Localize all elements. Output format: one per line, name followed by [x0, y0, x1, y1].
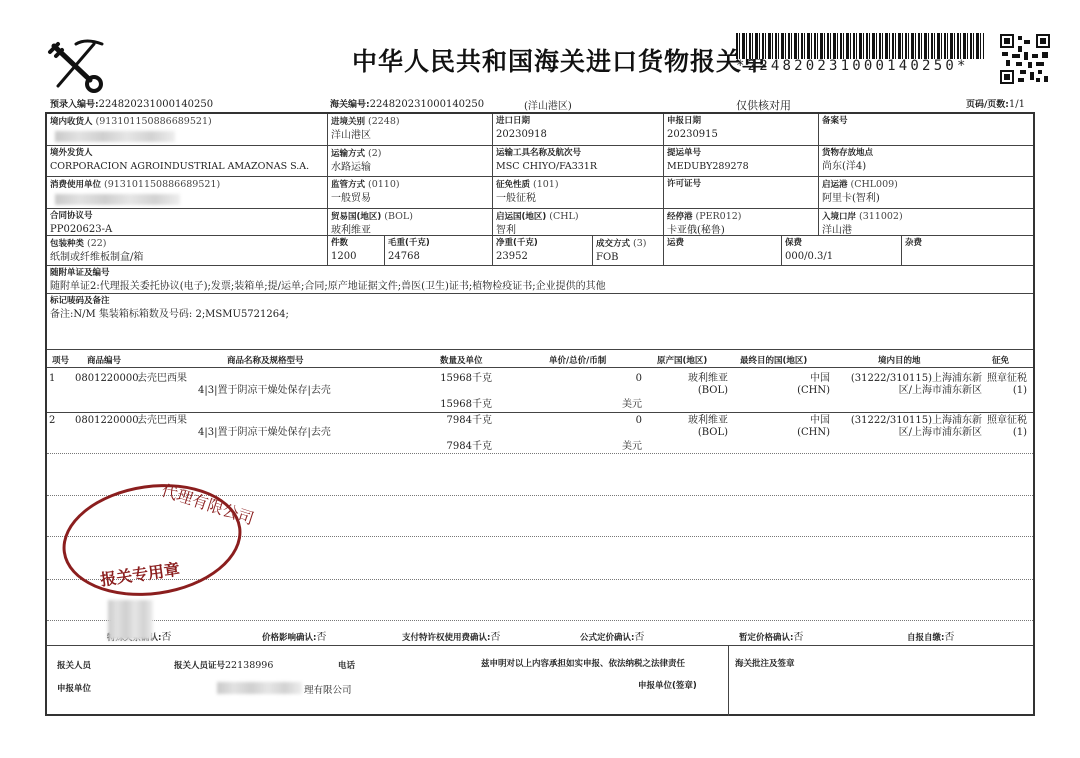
- customs-no: 海关编号:224820231000140250: [330, 97, 484, 110]
- field-net-weight: 净重(千克) 23952: [493, 236, 593, 266]
- declarant: 报关人员: [57, 659, 91, 671]
- field-storage: 货物存放地点 尚东(洋4): [819, 146, 1033, 177]
- field-insurance: 保费 000/0.3/1: [782, 236, 902, 266]
- field-transit-port: 经停港 (PER012) 卡亚俄(秘鲁): [664, 209, 819, 236]
- customs-area: (洋山港区): [524, 97, 572, 112]
- declaring-unit-name: 理有限公司: [304, 682, 352, 696]
- col-header-domestic-dest: 境内目的地: [878, 354, 921, 366]
- field-freight: 运费: [664, 236, 782, 266]
- field-levy-nature: 征免性质 (101) 一般征税: [493, 177, 664, 209]
- col-header-price: 单价/总价/币制: [549, 354, 606, 366]
- col-header-origin: 原产国(地区): [657, 354, 707, 366]
- field-vessel: 运输工具名称及航次号 MSC CHIYO/FA331R: [493, 146, 664, 177]
- confirmation-item: 支付特许权使用费确认:否: [402, 628, 500, 643]
- field-contract: 合同协议号 PP020623-A: [47, 209, 328, 236]
- col-header-levy: 征免: [992, 354, 1009, 366]
- col-header-destination: 最终目的国(地区): [740, 354, 807, 366]
- levy-code: (1): [1013, 384, 1027, 397]
- declaration-form: 境内收货人 (91310115088668952​1) 进境关别 (2248) …: [45, 112, 1035, 716]
- field-declare-date: 申报日期 20230915: [664, 114, 819, 146]
- row-divider: [47, 453, 1033, 454]
- field-license: 许可证号: [664, 177, 819, 209]
- goods-name: 去壳巴西果: [137, 414, 187, 427]
- currency: 美元: [622, 440, 642, 453]
- field-record-no: 备案号: [819, 114, 1033, 146]
- hs-code: 0801220000: [75, 372, 139, 385]
- row-divider: [47, 412, 1033, 413]
- confirmation-item: 自报自缴:否: [907, 628, 954, 643]
- unit-price: 0: [636, 414, 642, 427]
- qr-code-icon: [1000, 34, 1050, 84]
- field-deal-mode: 成交方式 (3) FOB: [593, 236, 664, 266]
- col-header-item-no: 项号: [52, 354, 69, 366]
- field-misc-fee: 杂费: [902, 236, 1033, 266]
- field-import-date: 进口日期 20230918: [493, 114, 664, 146]
- document-title: 中华人民共和国海关进口货物报关单: [352, 42, 768, 78]
- quantity-legal: 15968千克: [440, 398, 492, 411]
- field-pieces: 件数 1200: [328, 236, 385, 266]
- customs-emblem-icon: [46, 36, 108, 94]
- field-trade-country: 贸易国(地区) (BOL) 玻利维亚: [328, 209, 493, 236]
- origin-code: (BOL): [698, 426, 728, 439]
- item-no: 1: [49, 372, 55, 385]
- quantity: 7984千克: [447, 414, 492, 427]
- confirmation-item: 暂定价格确认:否: [739, 628, 803, 643]
- unit-signature: 申报单位(签章): [638, 679, 697, 691]
- redacted-consignee: [55, 131, 175, 142]
- field-departure-country: 启运国(地区) (CHL) 智利: [493, 209, 664, 236]
- field-departure-port: 启运港 (CHL009) 阿里卡(智利): [819, 177, 1033, 209]
- barcode: [736, 33, 984, 59]
- field-gross-weight: 毛重(千克) 24768: [385, 236, 493, 266]
- col-header-quantity: 数量及单位: [440, 354, 483, 366]
- declarant-id: 报关人员证号22138996: [174, 659, 273, 671]
- confirm-divider: [47, 645, 1033, 646]
- redacted-stamp-text: [108, 600, 153, 640]
- quantity-legal: 7984千克: [447, 440, 492, 453]
- domestic-dest-2: 区/上海市浦东新区: [899, 426, 982, 439]
- field-consignee: 境内收货人 (91310115088668952​1): [47, 114, 328, 146]
- levy-code: (1): [1013, 426, 1027, 439]
- row-divider: [47, 620, 1033, 621]
- footer-divider: [728, 645, 729, 716]
- domestic-dest-2: 区/上海市浦东新区: [899, 384, 982, 397]
- phone: 电话: [338, 659, 355, 671]
- col-header-name-spec: 商品名称及规格型号: [227, 354, 304, 366]
- field-marks-remarks: 标记唛码及备注 备注:N/M 集装箱标箱数及号码: 2;MSMU5721264;: [47, 294, 1033, 350]
- quantity: 15968千克: [440, 372, 492, 385]
- goods-spec: 4|3|置于阴凉干燥处保存|去壳: [198, 384, 331, 397]
- field-bill-no: 提运单号 MEDUBY289278: [664, 146, 819, 177]
- confirmation-item: 公式定价确认:否: [580, 628, 644, 643]
- hs-code: 0801220000: [75, 414, 139, 427]
- currency: 美元: [622, 398, 642, 411]
- legal-statement: 兹申明对以上内容承担如实申报、依法纳税之法律责任: [481, 657, 685, 669]
- field-entry-port: 入境口岸 (311002) 洋山港: [819, 209, 1033, 236]
- redacted-unit: [217, 682, 302, 694]
- customs-signature: 海关批注及签章: [735, 657, 795, 669]
- redacted-consumer: [55, 194, 180, 205]
- barcode-text: *224820231000140250*: [736, 58, 969, 74]
- field-supervision: 监管方式 (0110) 一般贸易: [328, 177, 493, 209]
- field-entry-customs: 进境关别 (2248) 洋山港区: [328, 114, 493, 146]
- page-indicator: 页码/页数:1/1: [966, 97, 1025, 110]
- verification-note: 仅供核对用: [736, 97, 791, 113]
- dest-code: (CHN): [797, 384, 830, 397]
- field-package: 包装种类 (22) 纸制或纤维板制盒/箱: [47, 236, 328, 266]
- item-no: 2: [49, 414, 55, 427]
- field-shipper: 境外发货人 CORPORACION AGROINDUSTRIAL AMAZONA…: [47, 146, 328, 177]
- field-attached-docs: 随附单证及编号 随附单证2:代理报关委托协议(电子);发票;装箱单;提/运单;合…: [47, 266, 1033, 294]
- origin-code: (BOL): [698, 384, 728, 397]
- declaring-unit: 申报单位: [57, 682, 91, 694]
- col-header-hs-code: 商品编号: [87, 354, 121, 366]
- table-header-divider: [47, 367, 1033, 368]
- field-consumer: 消费使用单位 (913101150886689521): [47, 177, 328, 209]
- goods-name: 去壳巴西果: [137, 372, 187, 385]
- confirmation-item: 价格影响确认:否: [262, 628, 326, 643]
- goods-spec: 4|3|置于阴凉干燥处保存|去壳: [198, 426, 331, 439]
- pre-entry-no: 预录入编号:224820231000140250: [50, 97, 213, 110]
- dest-code: (CHN): [797, 426, 830, 439]
- unit-price: 0: [636, 372, 642, 385]
- field-transport-mode: 运输方式 (2) 水路运输: [328, 146, 493, 177]
